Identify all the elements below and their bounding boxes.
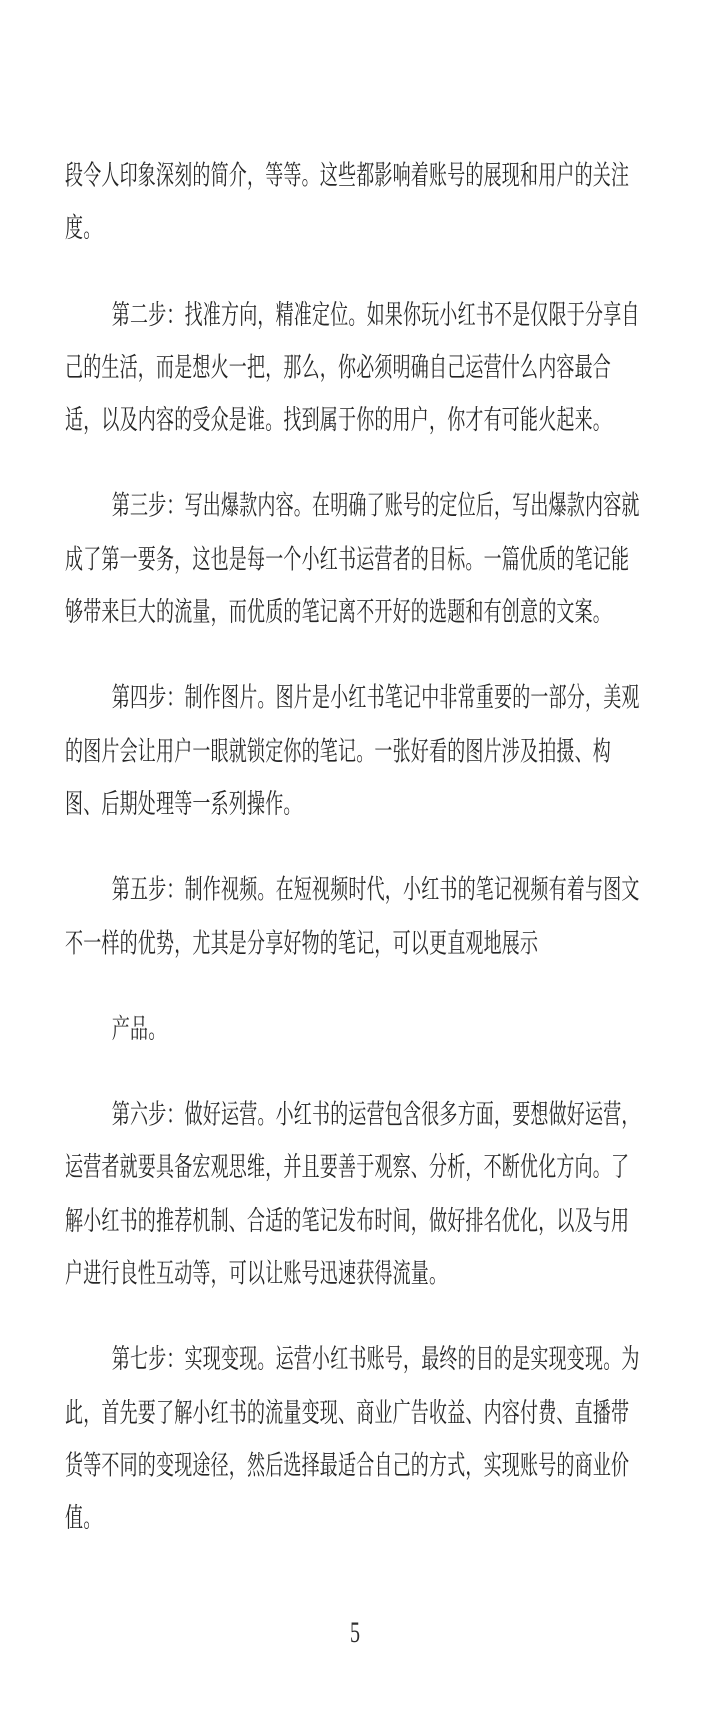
paragraph: 第二步：找准方向，精准定位。如果你玩小红书不是仅限于分享自己的生活，而是想火一把… (65, 289, 665, 448)
text-line: 段令人印象深刻的简介，等等。这些都影响着账号的展现和用户的关注 (65, 150, 665, 203)
text-line: 第七步：实现变现。运营小红书账号，最终的目的是实现变现。为 (65, 1334, 665, 1387)
paragraph: 第三步：写出爆款内容。在明确了账号的定位后，写出爆款内容就成了第一要务，这也是每… (65, 481, 665, 640)
paragraph: 第六步：做好运营。小红书的运营包含很多方面，要想做好运营，运营者就要具备宏观思维… (65, 1089, 665, 1301)
text-line: 户进行良性互动等，可以让账号迅速获得流量。 (65, 1248, 665, 1301)
text-line: 不一样的优势，尤其是分享好物的笔记，可以更直观地展示 (65, 917, 665, 970)
text-line: 第三步：写出爆款内容。在明确了账号的定位后，写出爆款内容就 (65, 481, 665, 534)
paragraph: 第七步：实现变现。运营小红书账号，最终的目的是实现变现。为此，首先要了解小红书的… (65, 1334, 665, 1546)
text-line: 成了第一要务，这也是每一个小红书运营者的目标。一篇优质的笔记能 (65, 534, 665, 587)
text-line: 解小红书的推荐机制、合适的笔记发布时间，做好排名优化，以及与用 (65, 1195, 665, 1248)
text-line: 此，首先要了解小红书的流量变现、商业广告收益、内容付费、直播带 (65, 1387, 665, 1440)
text-line: 第五步：制作视频。在短视频时代，小红书的笔记视频有着与图文 (65, 864, 665, 917)
text-line: 产品。 (65, 1003, 665, 1056)
document-page: 段令人印象深刻的简介，等等。这些都影响着账号的展现和用户的关注度。第二步：找准方… (0, 0, 710, 1733)
text-line: 图、后期处理等一系列操作。 (65, 778, 665, 831)
text-line: 值。 (65, 1493, 665, 1546)
text-line: 第六步：做好运营。小红书的运营包含很多方面，要想做好运营， (65, 1089, 665, 1142)
paragraph: 第四步：制作图片。图片是小红书笔记中非常重要的一部分，美观的图片会让用户一眼就锁… (65, 673, 665, 832)
paragraph: 段令人印象深刻的简介，等等。这些都影响着账号的展现和用户的关注度。 (65, 150, 665, 256)
text-block: 段令人印象深刻的简介，等等。这些都影响着账号的展现和用户的关注度。第二步：找准方… (65, 150, 665, 1579)
text-line: 第二步：找准方向，精准定位。如果你玩小红书不是仅限于分享自 (65, 289, 665, 342)
text-line: 第四步：制作图片。图片是小红书笔记中非常重要的一部分，美观 (65, 673, 665, 726)
text-line: 货等不同的变现途径，然后选择最适合自己的方式，实现账号的商业价 (65, 1440, 665, 1493)
text-line: 适，以及内容的受众是谁。找到属于你的用户，你才有可能火起来。 (65, 395, 665, 448)
paragraph: 第五步：制作视频。在短视频时代，小红书的笔记视频有着与图文不一样的优势，尤其是分… (65, 864, 665, 970)
page-number: 5 (0, 1615, 710, 1651)
text-line: 的图片会让用户一眼就锁定你的笔记。一张好看的图片涉及拍摄、构 (65, 726, 665, 779)
text-line: 运营者就要具备宏观思维，并且要善于观察、分析，不断优化方向。了 (65, 1142, 665, 1195)
text-line: 度。 (65, 203, 665, 256)
text-line: 够带来巨大的流量，而优质的笔记离不开好的选题和有创意的文案。 (65, 587, 665, 640)
text-line: 己的生活，而是想火一把，那么，你必须明确自己运营什么内容最合 (65, 342, 665, 395)
paragraph: 产品。 (65, 1003, 665, 1056)
